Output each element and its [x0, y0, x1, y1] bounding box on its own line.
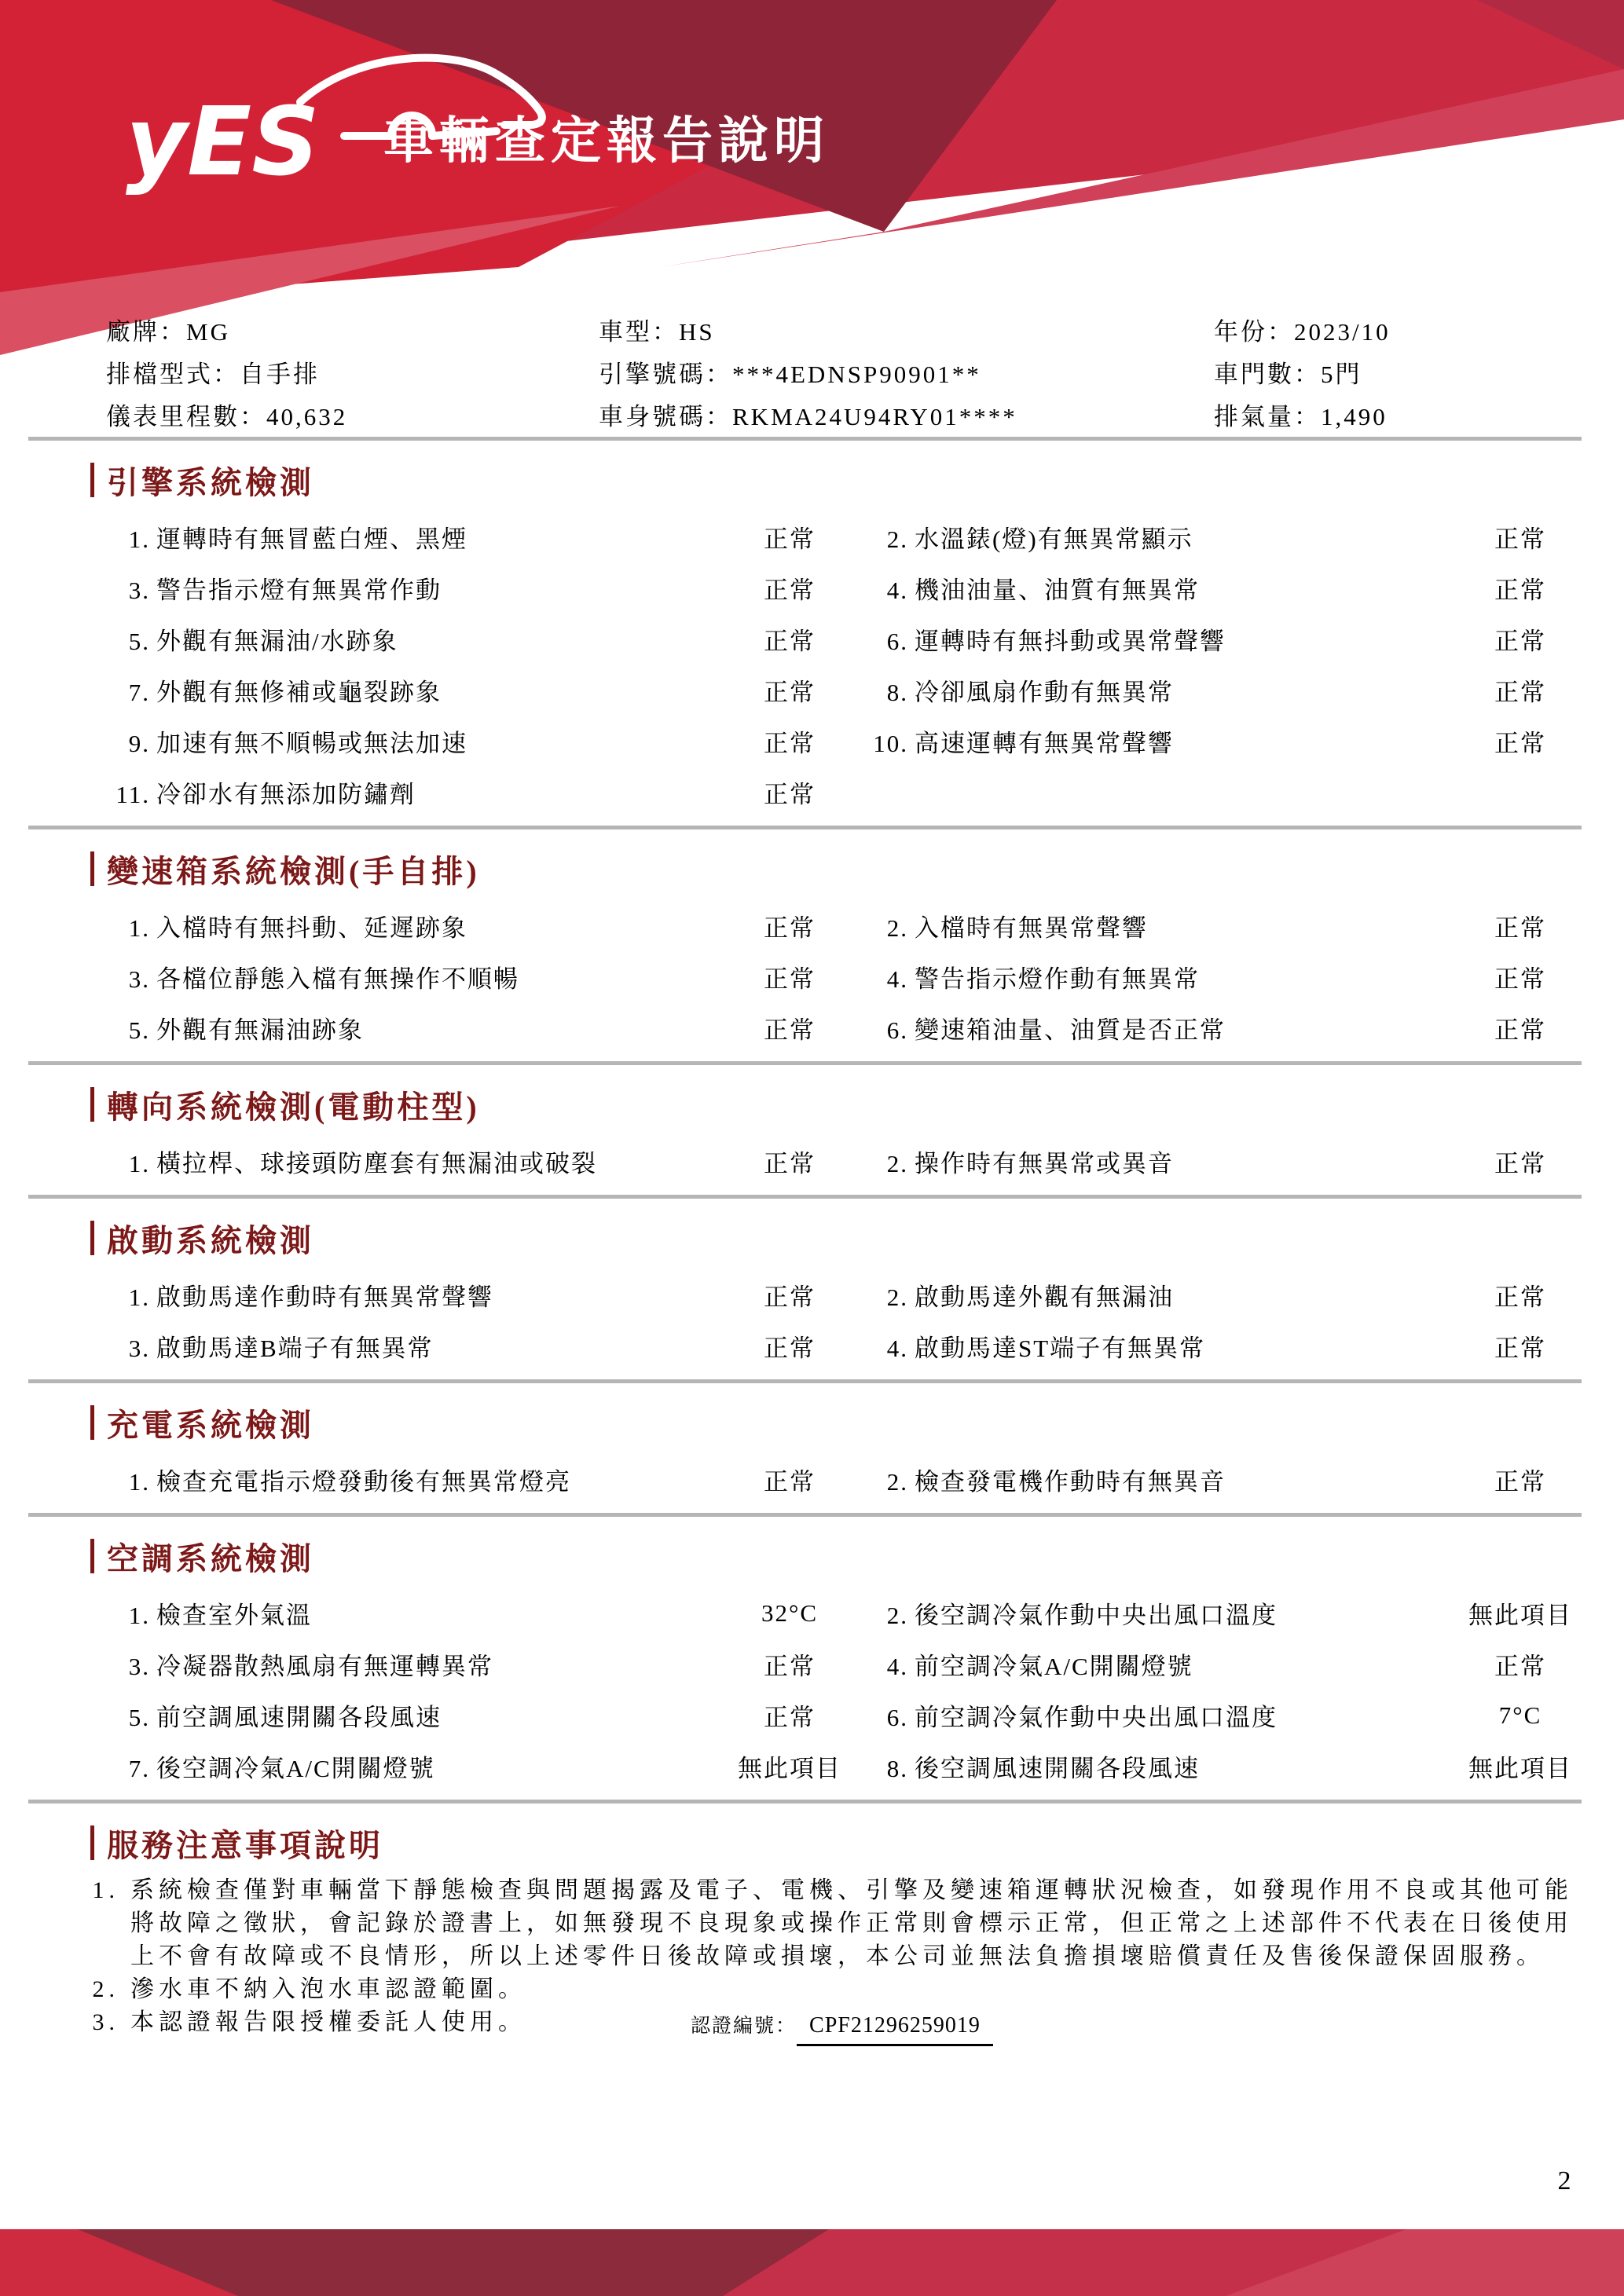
item-text: 啟動馬達作動時有無異常聲響 [156, 1283, 493, 1311]
item-number: 6. [864, 628, 908, 656]
item-status: 正常 [715, 1462, 864, 1497]
inspection-item: 2.入檔時有無異常聲響 [864, 908, 1461, 943]
inspection-item: 1.啟動馬達作動時有無異常聲響 [106, 1277, 715, 1313]
note-item: 3.本認證報告限授權委託人使用。認證編號：CPF21296259019 [75, 2006, 1593, 2039]
item-number: 9. [106, 730, 150, 758]
inspection-sections: 引擎系統檢測1.運轉時有無冒藍白煙、黑煙正常2.水溫錶(燈)有無異常顯示正常3.… [0, 437, 1624, 2047]
section-separator [28, 1513, 1582, 1517]
item-number: 1. [106, 1283, 150, 1312]
inspection-item: 2.檢查發電機作動時有無異音 [864, 1462, 1461, 1497]
section-title-text: 轉向系統檢測(電動柱型) [107, 1082, 480, 1127]
vehicle-info-field: 車型：HS [599, 311, 1214, 353]
vehicle-info-label: 廠牌： [106, 318, 186, 346]
section-title-text: 變速箱系統檢測(手自排) [107, 847, 480, 892]
item-number: 3. [106, 965, 150, 994]
section-separator [28, 1800, 1582, 1803]
section-title-bar [90, 1539, 94, 1573]
inspection-item: 1.運轉時有無冒藍白煙、黑煙 [106, 519, 715, 555]
item-text: 前空調冷氣作動中央出風口溫度 [915, 1704, 1278, 1731]
item-number: 3. [106, 1335, 150, 1363]
item-text: 外觀有無漏油跡象 [156, 1016, 364, 1044]
item-status: 正常 [1461, 570, 1579, 606]
item-number: 2. [864, 1602, 908, 1630]
note-item: 1.系統檢查僅對車輛當下靜態檢查與問題揭露及電子、電機、引擎及變速箱運轉狀況檢查… [75, 1874, 1593, 1973]
note-number: 3. [75, 2006, 119, 2039]
item-status: 正常 [1461, 1646, 1579, 1682]
item-status: 正常 [715, 1328, 864, 1364]
section-steering: 轉向系統檢測(電動柱型)1.橫拉桿、球接頭防塵套有無漏油或破裂正常2.操作時有無… [0, 1086, 1624, 1195]
item-text: 後空調冷氣A/C開關燈號 [156, 1755, 435, 1782]
item-text: 冷卻水有無添加防鏽劑 [156, 781, 416, 808]
header-banner: yES [0, 0, 1624, 361]
item-number: 7. [106, 1755, 150, 1783]
inspection-row: 7.外觀有無修補或龜裂跡象正常8.冷卻風扇作動有無異常正常 [106, 665, 1624, 716]
vehicle-info-label: 車門數： [1214, 361, 1321, 388]
vehicle-info-label: 車型： [599, 318, 679, 346]
inspection-row: 1.檢查室外氣溫32°C2.後空調冷氣作動中央出風口溫度無此項目 [106, 1587, 1624, 1639]
item-status: 正常 [715, 723, 864, 759]
section-separator [28, 1195, 1582, 1199]
section-title-bar [90, 1087, 94, 1122]
inspection-item: 4.機油油量、油質有無異常 [864, 570, 1461, 606]
item-text: 啟動馬達外觀有無漏油 [915, 1283, 1174, 1311]
note-item: 2.滲水車不納入泡水車認證範圍。 [75, 1973, 1593, 2006]
section-title: 啟動系統檢測 [90, 1219, 1624, 1257]
inspection-row: 7.後空調冷氣A/C開關燈號無此項目8.後空調風速開關各段風速無此項目 [106, 1741, 1624, 1792]
inspection-item: 6.變速箱油量、油質是否正常 [864, 1010, 1461, 1045]
vehicle-info-value: HS [679, 318, 715, 346]
section-engine: 引擎系統檢測1.運轉時有無冒藍白煙、黑煙正常2.水溫錶(燈)有無異常顯示正常3.… [0, 461, 1624, 826]
page-number: 2 [1546, 2166, 1582, 2196]
item-number: 2. [864, 1150, 908, 1178]
inspection-item: 1.檢查充電指示燈發動後有無異常燈亮 [106, 1462, 715, 1497]
section-separator [28, 437, 1582, 441]
item-number: 5. [106, 1704, 150, 1732]
item-status: 7°C [1461, 1701, 1579, 1730]
inspection-row: 5.外觀有無漏油跡象正常6.變速箱油量、油質是否正常正常 [106, 1002, 1624, 1053]
inspection-item: 2.水溫錶(燈)有無異常顯示 [864, 519, 1461, 555]
inspection-row: 1.運轉時有無冒藍白煙、黑煙正常2.水溫錶(燈)有無異常顯示正常 [106, 511, 1624, 562]
item-status: 正常 [1461, 1277, 1579, 1313]
vehicle-info-field: 排氣量：1,490 [1214, 396, 1579, 438]
item-number: 1. [106, 1468, 150, 1496]
certificate-number: CPF21296259019 [797, 2009, 993, 2046]
item-number: 8. [864, 679, 908, 707]
item-text: 後空調冷氣作動中央出風口溫度 [915, 1602, 1278, 1629]
item-text: 檢查發電機作動時有無異音 [915, 1468, 1226, 1496]
inspection-row: 3.冷凝器散熱風扇有無運轉異常正常4.前空調冷氣A/C開關燈號正常 [106, 1639, 1624, 1690]
service-notes: 1.系統檢查僅對車輛當下靜態檢查與問題揭露及電子、電機、引擎及變速箱運轉狀況檢查… [0, 1874, 1624, 2039]
item-number: 5. [106, 1016, 150, 1045]
section-title: 變速箱系統檢測(手自排) [90, 850, 1624, 888]
item-text: 後空調風速開關各段風速 [915, 1755, 1200, 1782]
inspection-item: 2.後空調冷氣作動中央出風口溫度 [864, 1595, 1461, 1631]
inspection-item: 8.冷卻風扇作動有無異常 [864, 672, 1461, 708]
vehicle-info-field: 車身號碼：RKMA24U94RY01**** [599, 396, 1214, 438]
vehicle-info-label: 引擎號碼： [599, 361, 732, 388]
section-title-bar [90, 463, 94, 497]
item-number: 10. [864, 730, 908, 758]
inspection-item: 6.運轉時有無抖動或異常聲響 [864, 621, 1461, 657]
vehicle-info-field: 廠牌：MG [106, 311, 599, 353]
section-transmission: 變速箱系統檢測(手自排)1.入檔時有無抖動、延遲跡象正常2.入檔時有無異常聲響正… [0, 850, 1624, 1061]
inspection-item: 3.警告指示燈有無異常作動 [106, 570, 715, 606]
inspection-item: 7.外觀有無修補或龜裂跡象 [106, 672, 715, 708]
item-number: 4. [864, 965, 908, 994]
item-status: 正常 [1461, 959, 1579, 994]
inspection-item: 11.冷卻水有無添加防鏽劑 [106, 774, 715, 810]
item-number: 2. [864, 525, 908, 554]
vehicle-info-value: 40,632 [266, 403, 347, 430]
section-title-text: 充電系統檢測 [107, 1401, 314, 1445]
item-text: 檢查室外氣溫 [156, 1602, 312, 1629]
vehicle-info-value: 5門 [1321, 361, 1362, 388]
inspection-item: 8.後空調風速開關各段風速 [864, 1749, 1461, 1784]
item-status: 正常 [715, 1697, 864, 1733]
vehicle-info-field: 儀表里程數：40,632 [106, 396, 599, 438]
item-number: 6. [864, 1704, 908, 1732]
inspection-item: 1.檢查室外氣溫 [106, 1595, 715, 1631]
note-text: 滲水車不納入泡水車認證範圍。 [130, 1973, 1592, 2006]
item-number: 4. [864, 1335, 908, 1363]
section-title: 充電系統檢測 [90, 1404, 1624, 1441]
inspection-item: 1.橫拉桿、球接頭防塵套有無漏油或破裂 [106, 1144, 715, 1179]
vehicle-info-value: 自手排 [240, 361, 320, 388]
section-title: 服務注意事項說明 [90, 1824, 1624, 1862]
item-number: 1. [106, 1602, 150, 1630]
section-charging: 充電系統檢測1.檢查充電指示燈發動後有無異常燈亮正常2.檢查發電機作動時有無異音… [0, 1404, 1624, 1513]
item-status: 正常 [715, 570, 864, 606]
item-number: 2. [864, 1468, 908, 1496]
certificate-field: 認證編號：CPF21296259019 [691, 2009, 993, 2046]
inspection-item: 5.外觀有無漏油/水跡象 [106, 621, 715, 657]
item-status: 正常 [1461, 1010, 1579, 1045]
item-text: 冷凝器散熱風扇有無運轉異常 [156, 1653, 493, 1680]
item-text: 警告指示燈作動有無異常 [915, 965, 1200, 993]
section-title-text: 引擎系統檢測 [107, 458, 314, 503]
note-number: 2. [75, 1973, 119, 2006]
vehicle-info-field: 排檔型式：自手排 [106, 353, 599, 396]
vehicle-info-label: 排檔型式： [106, 361, 240, 388]
item-status: 正常 [1461, 1144, 1579, 1179]
item-text: 啟動馬達ST端子有無異常 [915, 1335, 1205, 1362]
section-ac: 空調系統檢測1.檢查室外氣溫32°C2.後空調冷氣作動中央出風口溫度無此項目3.… [0, 1537, 1624, 1800]
item-status: 無此項目 [1461, 1749, 1579, 1784]
inspection-item: 4.前空調冷氣A/C開關燈號 [864, 1646, 1461, 1682]
item-text: 各檔位靜態入檔有無操作不順暢 [156, 965, 519, 993]
item-text: 外觀有無修補或龜裂跡象 [156, 679, 442, 706]
section-title: 引擎系統檢測 [90, 461, 1624, 499]
item-status: 正常 [715, 1144, 864, 1179]
item-status: 32°C [715, 1599, 864, 1628]
item-text: 變速箱油量、油質是否正常 [915, 1016, 1226, 1044]
item-number: 1. [106, 914, 150, 943]
item-text: 運轉時有無冒藍白煙、黑煙 [156, 525, 467, 553]
section-title-text: 服務注意事項說明 [107, 1821, 383, 1866]
section-title: 轉向系統檢測(電動柱型) [90, 1086, 1624, 1123]
item-number: 3. [106, 577, 150, 605]
inspection-item: 10.高速運轉有無異常聲響 [864, 723, 1461, 759]
inspection-item: 1.入檔時有無抖動、延遲跡象 [106, 908, 715, 943]
inspection-item: 7.後空調冷氣A/C開關燈號 [106, 1749, 715, 1784]
inspection-item: 5.前空調風速開關各段風速 [106, 1697, 715, 1733]
inspection-item: 5.外觀有無漏油跡象 [106, 1010, 715, 1045]
vehicle-info-field: 年份：2023/10 [1214, 311, 1579, 353]
section-separator [28, 826, 1582, 829]
inspection-row: 1.橫拉桿、球接頭防塵套有無漏油或破裂正常2.操作時有無異常或異音正常 [106, 1136, 1624, 1187]
item-status: 無此項目 [1461, 1595, 1579, 1631]
item-number: 5. [106, 628, 150, 656]
item-number: 1. [106, 525, 150, 554]
item-status: 正常 [715, 621, 864, 657]
inspection-row: 5.外觀有無漏油/水跡象正常6.運轉時有無抖動或異常聲響正常 [106, 613, 1624, 665]
vehicle-info-value: MG [186, 318, 230, 346]
certificate-label: 認證編號： [691, 2016, 797, 2037]
item-text: 加速有無不順暢或無法加速 [156, 730, 467, 757]
item-number: 8. [864, 1755, 908, 1783]
inspection-item: 9.加速有無不順暢或無法加速 [106, 723, 715, 759]
inspection-item: 2.啟動馬達外觀有無漏油 [864, 1277, 1461, 1313]
item-text: 橫拉桿、球接頭防塵套有無漏油或破裂 [156, 1150, 597, 1177]
item-status: 正常 [1461, 1328, 1579, 1364]
yes-logo: yES [126, 88, 320, 197]
section-separator [28, 1061, 1582, 1065]
item-text: 操作時有無異常或異音 [915, 1150, 1174, 1177]
section-starting: 啟動系統檢測1.啟動馬達作動時有無異常聲響正常2.啟動馬達外觀有無漏油正常3.啟… [0, 1219, 1624, 1379]
vehicle-info-value: ***4EDNSP90901** [732, 361, 981, 388]
vehicle-info-label: 排氣量： [1214, 403, 1321, 430]
section-title: 空調系統檢測 [90, 1537, 1624, 1575]
item-status: 正常 [715, 959, 864, 994]
item-text: 運轉時有無抖動或異常聲響 [915, 628, 1226, 655]
item-status: 正常 [1461, 672, 1579, 708]
item-status: 正常 [1461, 908, 1579, 943]
item-status: 正常 [715, 1277, 864, 1313]
item-text: 前空調風速開關各段風速 [156, 1704, 442, 1731]
section-title-bar [90, 1825, 94, 1860]
item-status: 正常 [715, 672, 864, 708]
item-status: 正常 [715, 1010, 864, 1045]
inspection-row: 1.啟動馬達作動時有無異常聲響正常2.啟動馬達外觀有無漏油正常 [106, 1269, 1624, 1320]
vehicle-info-value: 2023/10 [1294, 318, 1391, 346]
item-text: 啟動馬達B端子有無異常 [156, 1335, 434, 1362]
section-title-text: 啟動系統檢測 [107, 1216, 314, 1261]
inspection-item: 4.啟動馬達ST端子有無異常 [864, 1328, 1461, 1364]
inspection-row: 1.檢查充電指示燈發動後有無異常燈亮正常2.檢查發電機作動時有無異音正常 [106, 1454, 1624, 1505]
item-number: 4. [864, 577, 908, 605]
inspection-item: 3.冷凝器散熱風扇有無運轉異常 [106, 1646, 715, 1682]
vehicle-info-label: 年份： [1214, 318, 1294, 346]
section-title-bar [90, 851, 94, 886]
section-service-notes: 服務注意事項說明1.系統檢查僅對車輛當下靜態檢查與問題揭露及電子、電機、引擎及變… [0, 1824, 1624, 2047]
item-number: 6. [864, 1016, 908, 1045]
item-text: 入檔時有無異常聲響 [915, 914, 1148, 942]
section-separator [28, 1379, 1582, 1383]
item-number: 3. [106, 1653, 150, 1681]
item-number: 4. [864, 1653, 908, 1681]
item-status: 正常 [1461, 621, 1579, 657]
vehicle-info-label: 車身號碼： [599, 403, 732, 430]
item-number: 2. [864, 914, 908, 943]
item-text: 入檔時有無抖動、延遲跡象 [156, 914, 467, 942]
vehicle-info: 廠牌：MG車型：HS年份：2023/10排檔型式：自手排引擎號碼：***4EDN… [106, 311, 1579, 438]
inspection-item: 2.操作時有無異常或異音 [864, 1144, 1461, 1179]
note-number: 1. [75, 1874, 119, 1907]
item-text: 外觀有無漏油/水跡象 [156, 628, 398, 655]
inspection-row: 3.各檔位靜態入檔有無操作不順暢正常4.警告指示燈作動有無異常正常 [106, 951, 1624, 1002]
inspection-row: 1.入檔時有無抖動、延遲跡象正常2.入檔時有無異常聲響正常 [106, 900, 1624, 951]
report-title: 車輛查定報告說明 [383, 101, 830, 173]
vehicle-info-value: RKMA24U94RY01**** [732, 403, 1017, 430]
item-text: 高速運轉有無異常聲響 [915, 730, 1174, 757]
item-status: 正常 [1461, 1462, 1579, 1497]
inspection-item: 3.各檔位靜態入檔有無操作不順暢 [106, 959, 715, 994]
vehicle-info-label: 儀表里程數： [106, 403, 266, 430]
section-title-bar [90, 1405, 94, 1440]
vehicle-info-value: 1,490 [1321, 403, 1388, 430]
item-status: 正常 [715, 519, 864, 555]
inspection-row: 9.加速有無不順暢或無法加速正常10.高速運轉有無異常聲響正常 [106, 716, 1624, 767]
note-text: 系統檢查僅對車輛當下靜態檢查與問題揭露及電子、電機、引擎及變速箱運轉狀況檢查，如… [130, 1874, 1592, 1973]
item-text: 警告指示燈有無異常作動 [156, 577, 442, 604]
section-title-text: 空調系統檢測 [107, 1534, 314, 1579]
item-text: 水溫錶(燈)有無異常顯示 [915, 525, 1193, 553]
item-text: 檢查充電指示燈發動後有無異常燈亮 [156, 1468, 571, 1496]
item-status: 正常 [1461, 723, 1579, 759]
inspection-item: 4.警告指示燈作動有無異常 [864, 959, 1461, 994]
vehicle-info-field: 車門數：5門 [1214, 353, 1579, 396]
item-number: 11. [106, 781, 150, 809]
inspection-row: 3.警告指示燈有無異常作動正常4.機油油量、油質有無異常正常 [106, 562, 1624, 613]
inspection-row: 5.前空調風速開關各段風速正常6.前空調冷氣作動中央出風口溫度7°C [106, 1690, 1624, 1741]
footer-banner [0, 2229, 1624, 2296]
inspection-row: 11.冷卻水有無添加防鏽劑正常 [106, 767, 1624, 818]
item-status: 正常 [715, 774, 864, 810]
inspection-row: 3.啟動馬達B端子有無異常正常4.啟動馬達ST端子有無異常正常 [106, 1320, 1624, 1371]
item-number: 2. [864, 1283, 908, 1312]
item-status: 正常 [1461, 519, 1579, 555]
inspection-item: 3.啟動馬達B端子有無異常 [106, 1328, 715, 1364]
item-number: 1. [106, 1150, 150, 1178]
report-page: { "header": { "logo": "yES", "title": "車… [0, 0, 1624, 2296]
inspection-item: 6.前空調冷氣作動中央出風口溫度 [864, 1697, 1461, 1733]
item-number: 7. [106, 679, 150, 707]
item-text: 前空調冷氣A/C開關燈號 [915, 1653, 1193, 1680]
item-status: 正常 [715, 1646, 864, 1682]
item-status: 無此項目 [715, 1749, 864, 1784]
section-title-bar [90, 1221, 94, 1255]
item-status: 正常 [715, 908, 864, 943]
item-text: 冷卻風扇作動有無異常 [915, 679, 1174, 706]
item-text: 機油油量、油質有無異常 [915, 577, 1200, 604]
vehicle-info-field: 引擎號碼：***4EDNSP90901** [599, 353, 1214, 396]
